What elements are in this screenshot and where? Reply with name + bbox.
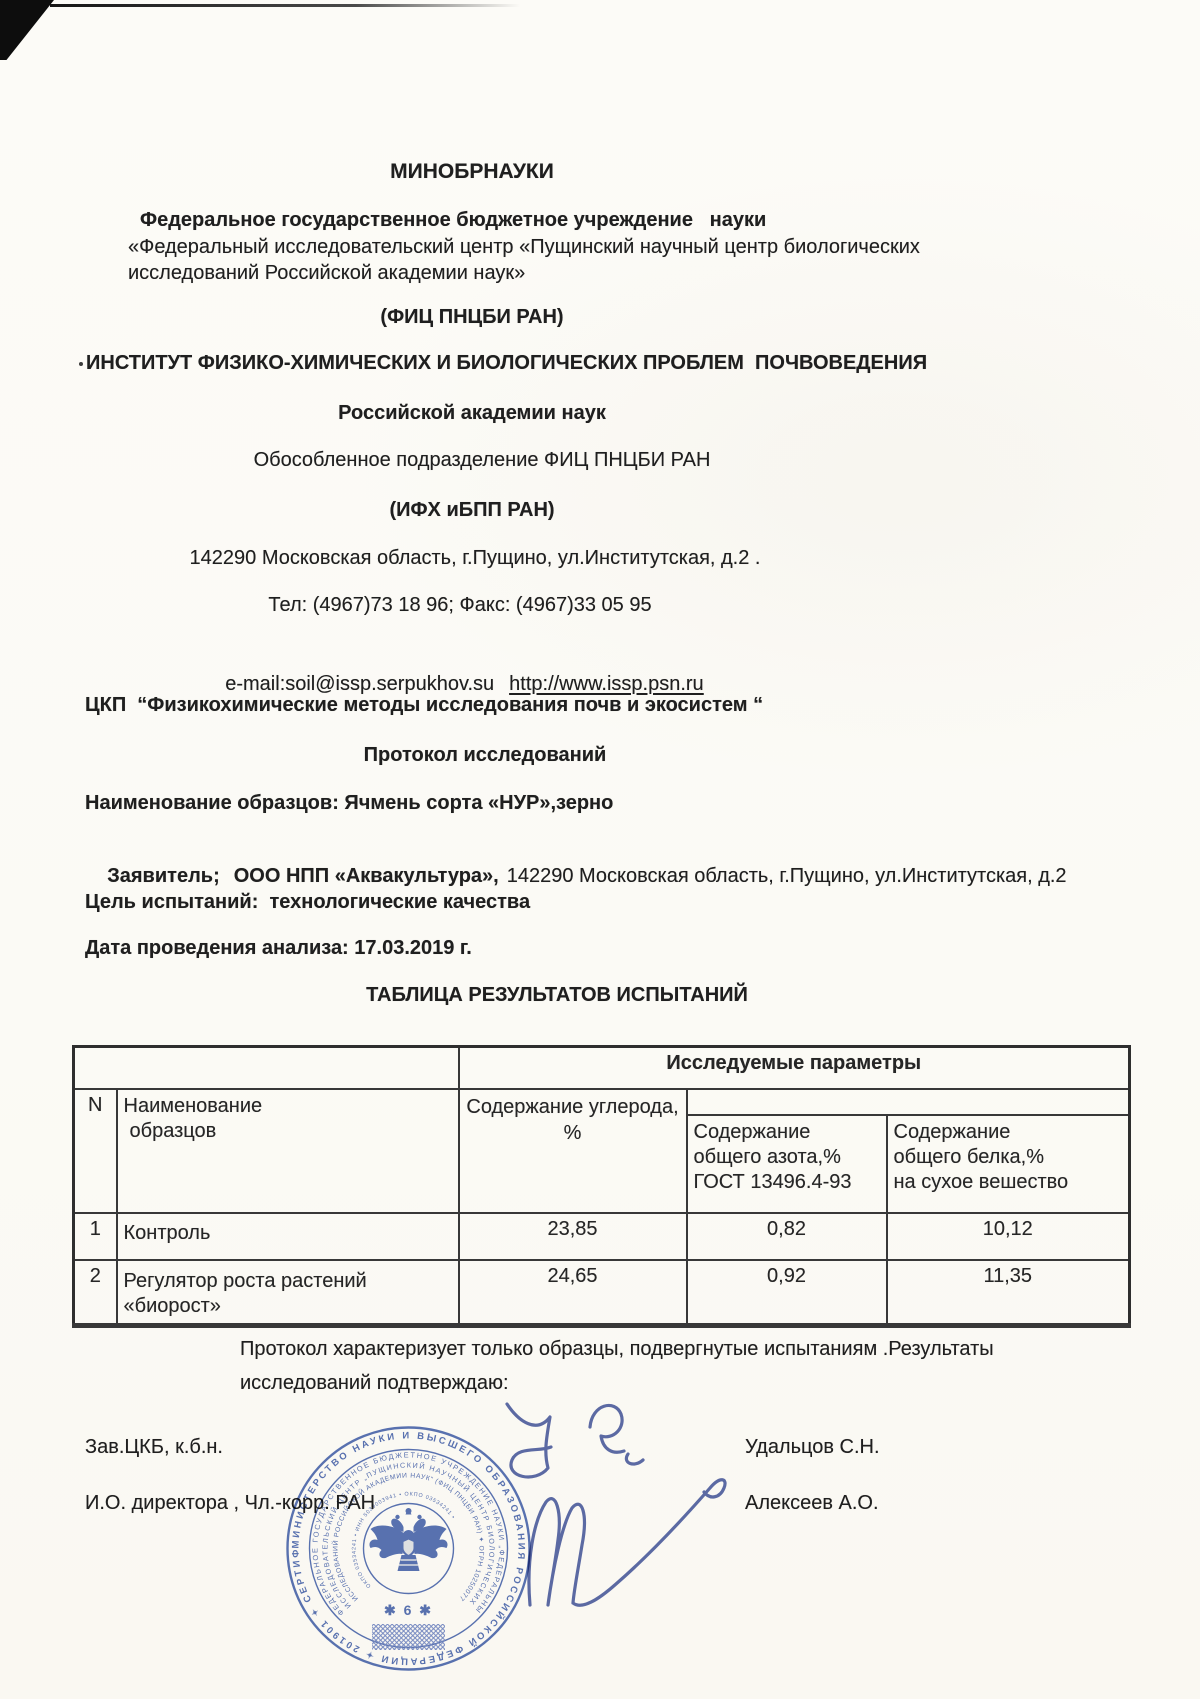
col-header-carbon-line2: %	[466, 1120, 680, 1146]
applicant-org: ООО НПП «Аквакультура»,	[234, 865, 499, 887]
signer1-role: Зав.ЦКБ, к.б.н.	[85, 1434, 223, 1460]
purpose-line: Цель испытаний: технологические качества	[85, 889, 530, 915]
subdivision-line: Обособленное подразделение ФИЦ ПНЦБИ РАН	[254, 447, 711, 473]
scan-stray-mark	[79, 362, 83, 366]
eagle-emblem	[369, 1508, 447, 1571]
org-name-line2: исследований Российской академии наук»	[128, 260, 525, 286]
note-line2: исследований подтверждаю:	[240, 1370, 509, 1396]
applicant-address: 142290 Московская область, г.Пущино, ул.…	[507, 865, 1067, 887]
row1-nitrogen: 0,82	[687, 1213, 887, 1260]
analysis-date-line: Дата проведения анализа: 17.03.2019 г.	[85, 935, 472, 961]
col-header-sample-line1: Наименование	[124, 1094, 452, 1119]
results-table: Исследуемые параметры N Наименование обр…	[72, 1045, 1131, 1328]
signature-alekseev	[470, 1420, 740, 1610]
row1-carbon: 23,85	[459, 1213, 687, 1260]
nitrogen-line3: ГОСТ 13496.4-93	[694, 1170, 880, 1195]
header-spacer-cell	[687, 1089, 1130, 1115]
scanned-protocol-page: МИНОБРНАУКИ Федеральное государственное …	[0, 0, 1200, 1699]
row2-sample-name-line2: «биорост»	[124, 1294, 452, 1319]
group-header-empty-cell	[74, 1047, 459, 1089]
row1-n: 1	[74, 1213, 117, 1260]
signer2-name: Алексеев А.О.	[745, 1490, 879, 1516]
scan-top-edge-artifact	[50, 4, 520, 7]
row2-sample-name: Регулятор роста растений «биорост»	[117, 1260, 459, 1326]
org-abbr: (ФИЦ ПНЦБИ РАН)	[380, 304, 563, 330]
results-table-title: ТАБЛИЦА РЕЗУЛЬТАТОВ ИСПЫТАНИЙ	[366, 982, 748, 1008]
row2-carbon: 24,65	[459, 1260, 687, 1326]
table-row: 2 Регулятор роста растений «биорост» 24,…	[74, 1260, 1130, 1326]
note-line1: Протокол характеризует только образцы, п…	[240, 1336, 994, 1362]
protocol-title: Протокол исследований	[364, 742, 607, 768]
nitrogen-line2: общего азота,%	[694, 1145, 880, 1170]
phone-fax-line: Тел: (4967)73 18 96; Факс: (4967)33 05 9…	[268, 592, 651, 618]
org-address: 142290 Московская область, г.Пущино, ул.…	[190, 545, 761, 571]
applicant-label: Заявитель;	[107, 865, 220, 887]
signer1-name: Удальцов С.Н.	[745, 1434, 880, 1460]
col-header-carbon-line1: Содержание углерода,	[466, 1094, 680, 1120]
table-group-header-row: Исследуемые параметры	[74, 1047, 1130, 1089]
row2-n: 2	[74, 1260, 117, 1326]
stamp-center-number: ✱ 6 ✱	[384, 1602, 433, 1618]
row2-protein: 11,35	[887, 1260, 1130, 1326]
table-header-row-top: N Наименование образцов Содержание углер…	[74, 1089, 1130, 1115]
academy-line: Российской академии наук	[338, 400, 606, 426]
row1-sample-name: Контроль	[117, 1213, 459, 1260]
samples-line: Наименование образцов: Ячмень сорта «НУР…	[85, 790, 613, 816]
ministry-title: МИНОБРНАУКИ	[390, 159, 554, 185]
row2-nitrogen: 0,92	[687, 1260, 887, 1326]
scan-corner-artifact	[0, 0, 54, 60]
group-header-cell: Исследуемые параметры	[459, 1047, 1130, 1089]
org-name-line1: «Федеральный исследовательский центр «Пу…	[128, 234, 920, 260]
ckp-line: ЦКП “Физикохимические методы исследовани…	[85, 692, 763, 718]
row2-sample-name-line1: Регулятор роста растений	[124, 1269, 452, 1294]
col-header-protein: Содержание общего белка,% на сухое вешес…	[887, 1115, 1130, 1213]
institute-name: ИНСТИТУТ ФИЗИКО-ХИМИЧЕСКИХ И БИОЛОГИЧЕСК…	[86, 350, 927, 376]
col-header-nitrogen: Содержание общего азота,% ГОСТ 13496.4-9…	[687, 1115, 887, 1213]
col-header-sample-line2: образцов	[124, 1119, 452, 1144]
protein-line1: Содержание	[894, 1120, 1123, 1145]
col-header-n: N	[74, 1089, 117, 1213]
stamp-hatch-box	[372, 1624, 445, 1650]
col-header-carbon: Содержание углерода, %	[459, 1089, 687, 1213]
col-header-sample: Наименование образцов	[117, 1089, 459, 1213]
table-row: 1 Контроль 23,85 0,82 10,12	[74, 1213, 1130, 1260]
org-type-line: Федеральное государственное бюджетное уч…	[140, 207, 766, 233]
protein-line2: общего белка,%	[894, 1145, 1123, 1170]
protein-line3: на сухое вешество	[894, 1170, 1123, 1195]
nitrogen-line1: Содержание	[694, 1120, 880, 1145]
row1-protein: 10,12	[887, 1213, 1130, 1260]
subdivision-abbr: (ИФХ иБПП РАН)	[389, 497, 554, 523]
